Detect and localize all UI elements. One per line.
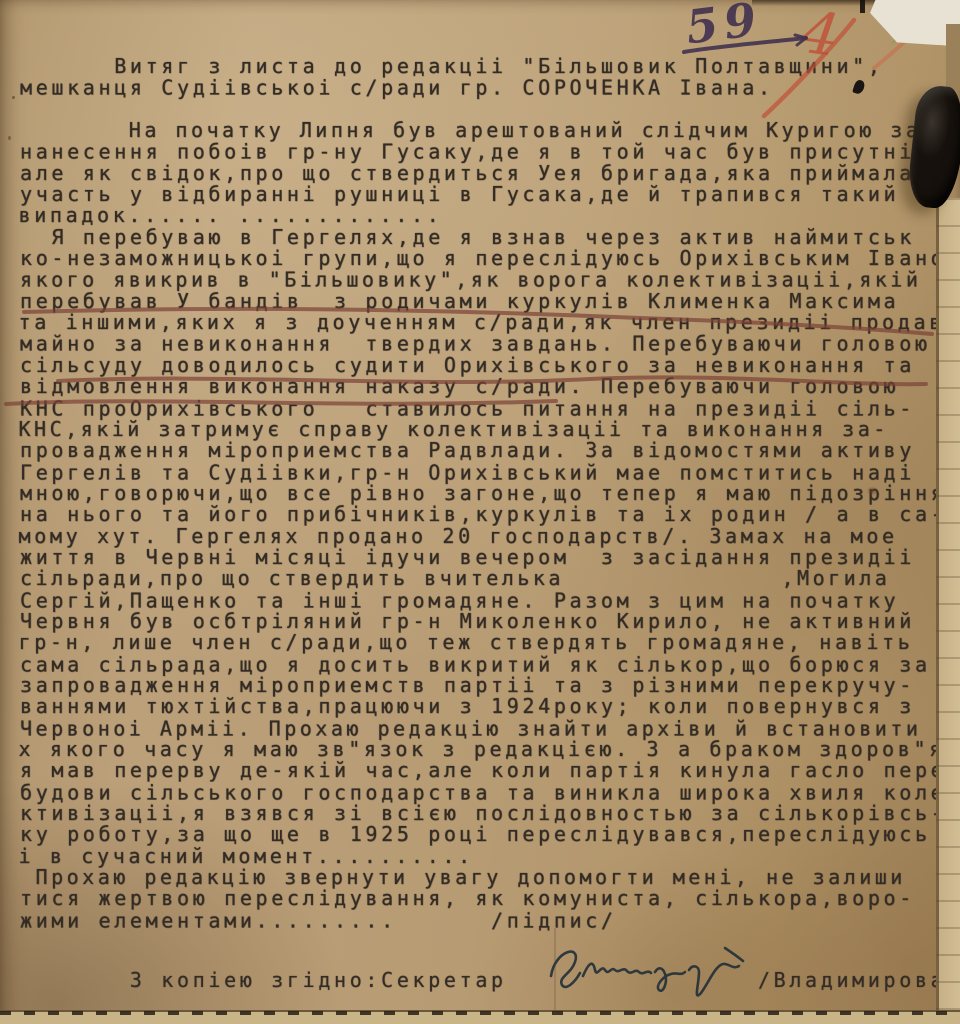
- typewritten-line: Я перебуваю в Гергелях,де я взнав через …: [20, 227, 960, 248]
- typewritten-line: КНС,якій затримує справу колективізаціі …: [19, 419, 959, 440]
- under-page-right-edge: [936, 198, 960, 1012]
- right-edge-sliver: [946, 24, 960, 90]
- typewritten-line: [19, 99, 959, 120]
- typewritten-line: мною,говорючи,що все рівно загоне,що теп…: [20, 483, 960, 504]
- typewritten-line: мешканця Судіівськоі с/ради гр. СОРОЧЕНК…: [20, 78, 960, 99]
- typewritten-line: якого явикрив в "Більшовику",як ворога к…: [20, 270, 960, 291]
- typewritten-line: х якого часу я маю зв"язок з редакцією. …: [19, 739, 959, 760]
- typewritten-line: будови сільського господарства та виникл…: [20, 782, 960, 803]
- typewritten-line: нанесення побоів гр-ну Гусаку,де я в той…: [20, 142, 960, 163]
- typewritten-line: запровадження міроприемств партіі та з р…: [20, 675, 960, 696]
- typewritten-line: тися жертвою переслідування, як комунист…: [20, 888, 960, 909]
- typewritten-line: на нього та його прибічників,куркулів та…: [20, 504, 960, 525]
- typewritten-line: перебував У бандів з родичами куркулів К…: [20, 291, 960, 312]
- edge-ink-tick: [860, 0, 865, 13]
- bottom-torn-edge: [0, 1010, 960, 1024]
- typewritten-line: жими елементами......... /підпис/: [20, 910, 960, 931]
- typewritten-line: Червня був осбтріляний гр-н Миколенко Ки…: [20, 611, 960, 632]
- scanned-document: Витяг з листа до редакціі "Більшовик Пол…: [0, 0, 960, 1024]
- ink-speck: [12, 96, 15, 99]
- paper-stain: [866, 486, 879, 496]
- typewritten-line: і в сучасний момент..........: [19, 846, 959, 867]
- typewritten-line: ваннями тюхтійства,працюючи з 1924року; …: [20, 696, 960, 717]
- typewritten-line: ку роботу,за що ще в 1925 році пересліду…: [20, 824, 960, 845]
- typewritten-line: ктивізаціі,я взявся зі всією послідовнос…: [20, 803, 960, 824]
- typewritten-line: майно за невиконання твердих завдань. Пе…: [20, 334, 960, 355]
- typewritten-line: На початку Липня був арештований слідчим…: [20, 120, 960, 141]
- typewritten-line: участь у відбиранні рушниці в Гусака,де …: [20, 184, 960, 205]
- typewritten-line: мому хут. Гергелях продано 20 господарст…: [19, 526, 959, 547]
- typewritten-line: Сергій,Пащенко та інші громадяне. Разом …: [20, 590, 960, 611]
- typewritten-line: та іншими,яких я з доученням с/ради,як ч…: [19, 312, 959, 333]
- typewritten-line: ко-незаможницькоі групи,що я переслідуюс…: [20, 248, 960, 269]
- typewritten-line: випадок...... .............: [19, 205, 959, 226]
- page-number-annotation: 59: [683, 0, 765, 54]
- typewritten-line: сільсуду доводилось судити Орихівського …: [20, 355, 960, 376]
- typewritten-line: життя в Червні місяці ідучи вечером з за…: [20, 547, 960, 568]
- typewritten-line: я мав перерву де-якій час,але коли парті…: [20, 760, 960, 781]
- signature-scrawl: [535, 936, 770, 1008]
- typewritten-line: сама сільрада,що я досить викритий як сі…: [20, 654, 960, 675]
- typewritten-text: Витяг з листа до редакціі "Більшовик Пол…: [20, 56, 960, 931]
- typewritten-line: провадження міроприемства Радвлади. За в…: [20, 440, 960, 461]
- ink-speck: [8, 136, 11, 140]
- typewritten-line: гр-н, лише член с/ради,що теж ствердять …: [19, 632, 959, 653]
- paper-crease: [554, 928, 556, 1014]
- certification-line: З копіею згідно:Секретар /Владимирова/: [20, 968, 960, 992]
- typewritten-line: сільради,про що ствердить вчителька ,Мог…: [20, 568, 960, 589]
- typewritten-line: але як свідок,про що ствердиться Уея бри…: [20, 163, 960, 184]
- typewritten-line: Гергелів та Судіівки,гр-н Орихівський ма…: [20, 462, 960, 483]
- typewritten-line: відмовлення виконання наказу с/ради. Пер…: [20, 376, 960, 397]
- typewritten-line: Прохаю редакцію звернути увагу допомогти…: [20, 867, 960, 888]
